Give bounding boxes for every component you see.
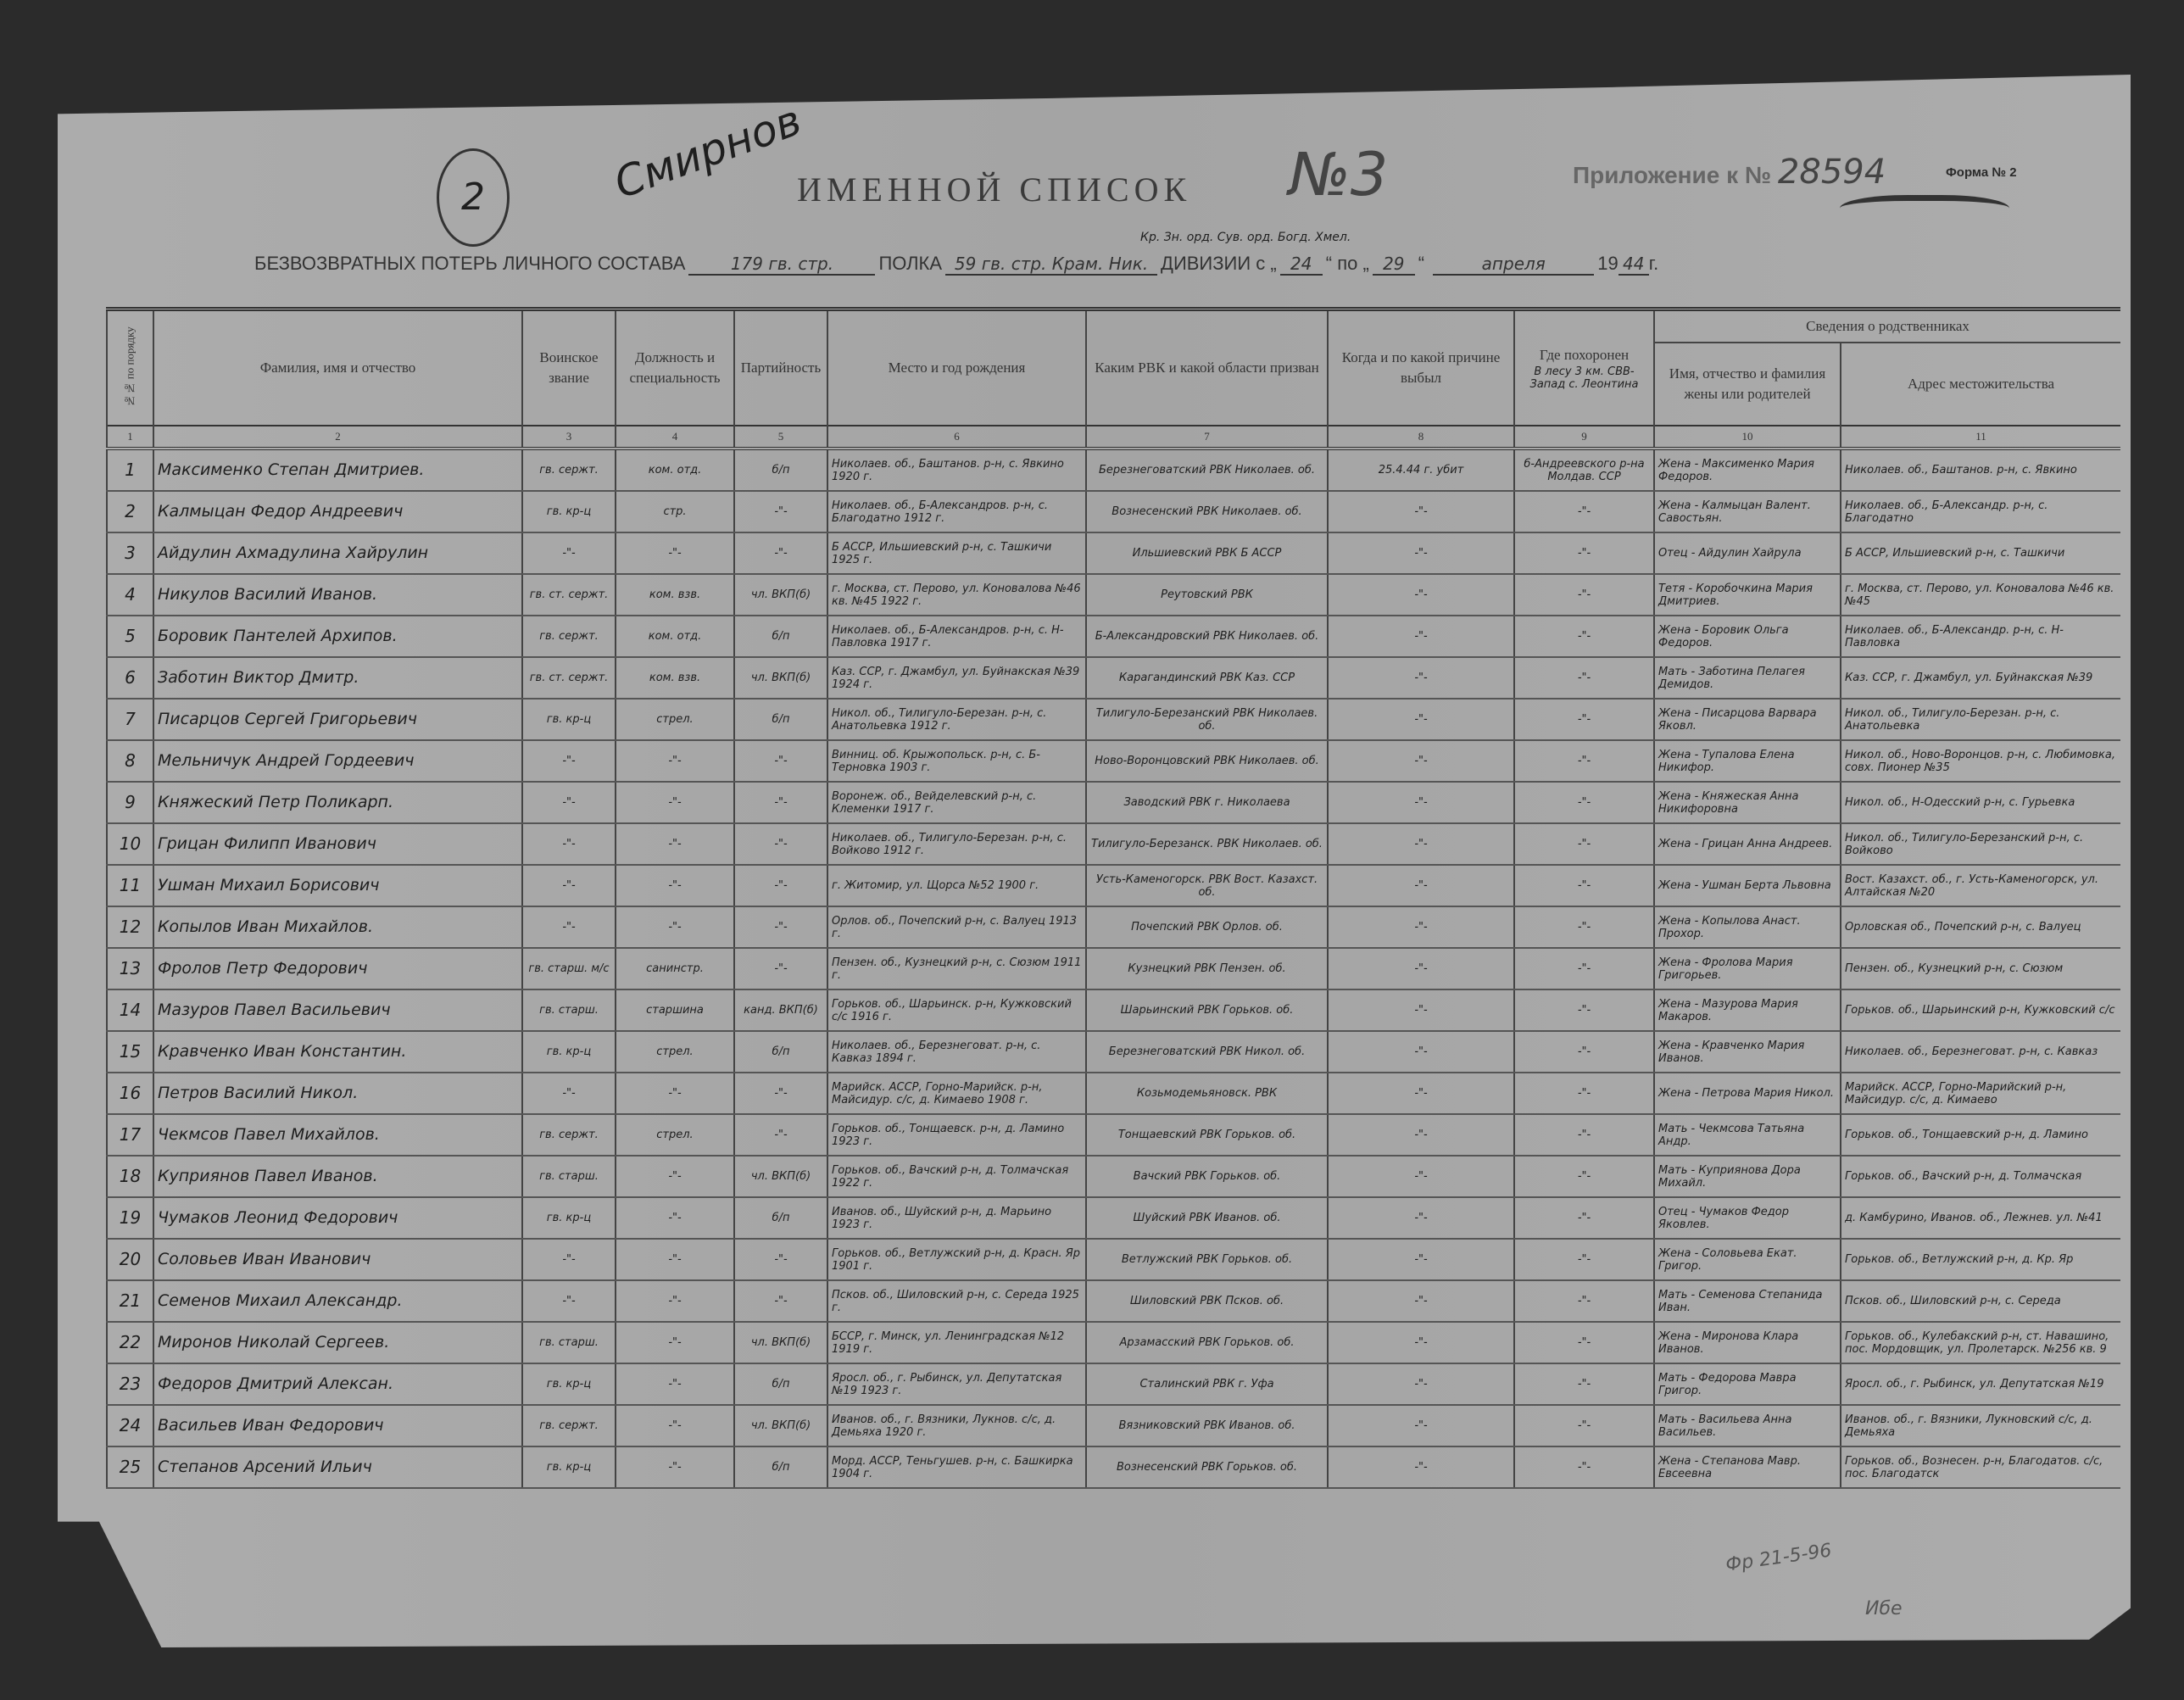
- relative-address: Псков. об., Шиловский р-н, с. Середа: [1841, 1280, 2120, 1322]
- position: -"-: [616, 1197, 734, 1239]
- col-num: 10: [1654, 426, 1841, 449]
- table-row: 8Мельничук Андрей Гордеевич-"--"--"-Винн…: [107, 740, 2120, 782]
- position: -"-: [616, 1156, 734, 1197]
- burial-place: -"-: [1514, 532, 1654, 574]
- burial-place: -"-: [1514, 1197, 1654, 1239]
- col-num: 11: [1841, 426, 2120, 449]
- draft-office: Арзамасский РВК Горьков. об.: [1086, 1322, 1328, 1363]
- soldier-name: Айдулин Ахмадулина Хайрулин: [153, 532, 522, 574]
- relative-address: Горьков. об., Вачский р-н, д. Толмачская: [1841, 1156, 2120, 1197]
- soldier-name: Максименко Степан Дмитриев.: [153, 449, 522, 491]
- table-row: 16Петров Василий Никол.-"--"--"-Марийск.…: [107, 1073, 2120, 1114]
- birthplace-year: Каз. ССР, г. Джамбул, ул. Буйнакская №39…: [827, 657, 1086, 699]
- header-no: №№ по порядку: [107, 309, 153, 426]
- soldier-name: Мазуров Павел Васильевич: [153, 989, 522, 1031]
- draft-office: Березнеговатский РВК Николаев. об.: [1086, 449, 1328, 491]
- col-num: 6: [827, 426, 1086, 449]
- row-number: 17: [107, 1114, 153, 1156]
- birthplace-year: Морд. АССР, Теньгушев. р-н, с. Башкирка …: [827, 1446, 1086, 1488]
- soldier-name: Степанов Арсений Ильич: [153, 1446, 522, 1488]
- row-number: 20: [107, 1239, 153, 1280]
- relative-address: Б АССР, Ильшиевский р-н, с. Ташкичи: [1841, 532, 2120, 574]
- party-status: -"-: [734, 948, 827, 989]
- subtitle: БЕЗВОЗВРАТНЫХ ПОТЕРЬ ЛИЧНОГО СОСТАВА179 …: [254, 253, 1658, 276]
- relative-address: Орловская об., Почепский р-н, с. Валуец: [1841, 906, 2120, 948]
- appendix-label: Приложение к №: [1573, 162, 1771, 188]
- party-status: -"-: [734, 532, 827, 574]
- party-status: -"-: [734, 865, 827, 906]
- col-num: 7: [1086, 426, 1328, 449]
- draft-office: Шуйский РВК Иванов. об.: [1086, 1197, 1328, 1239]
- draft-office: Усть-Каменогорск. РВК Вост. Казахст. об.: [1086, 865, 1328, 906]
- position: -"-: [616, 1322, 734, 1363]
- draft-office: Карагандинский РВК Каз. ССР: [1086, 657, 1328, 699]
- header-relative-name: Имя, отчество и фамилия жены или родител…: [1654, 343, 1841, 426]
- col-num: 2: [153, 426, 522, 449]
- draft-office: Шиловский РВК Псков. об.: [1086, 1280, 1328, 1322]
- birthplace-year: Никол. об., Тилигуло-Березан. р-н, с. Ан…: [827, 699, 1086, 740]
- party-status: б/п: [734, 449, 827, 491]
- party-status: б/п: [734, 1446, 827, 1488]
- position: ком. отд.: [616, 616, 734, 657]
- date-cause: -"-: [1328, 699, 1514, 740]
- row-number: 23: [107, 1363, 153, 1405]
- date-cause: -"-: [1328, 1073, 1514, 1114]
- position: ком. отд.: [616, 449, 734, 491]
- draft-office: Тонщаевский РВК Горьков. об.: [1086, 1114, 1328, 1156]
- birthplace-year: Воронеж. об., Вейделевский р-н, с. Клеме…: [827, 782, 1086, 823]
- soldier-name: Калмыцан Федор Андреевич: [153, 491, 522, 532]
- year-label: г.: [1649, 253, 1658, 274]
- date-cause: -"-: [1328, 989, 1514, 1031]
- birthplace-year: Николаев. об., Тилигуло-Березан. р-н, с.…: [827, 823, 1086, 865]
- burial-place: -"-: [1514, 1280, 1654, 1322]
- burial-place: -"-: [1514, 1239, 1654, 1280]
- page-title: ИМЕННОЙ СПИСОК: [797, 170, 1191, 209]
- relative-address: Вост. Казахст. об., г. Усть-Каменогорск,…: [1841, 865, 2120, 906]
- relative-name: Отец - Айдулин Хайрула: [1654, 532, 1841, 574]
- header-rvk: Каким РВК и какой области призван: [1086, 309, 1328, 426]
- relative-address: Николаев. об., Березнеговат. р-н, с. Кав…: [1841, 1031, 2120, 1073]
- military-rank: гв. кр-ц: [522, 491, 616, 532]
- losses-table: №№ по порядку Фамилия, имя и отчество Во…: [106, 307, 2120, 1489]
- birthplace-year: г. Москва, ст. Перово, ул. Коновалова №4…: [827, 574, 1086, 616]
- relative-address: Горьков. об., Шарьинский р-н, Кужковский…: [1841, 989, 2120, 1031]
- header-party: Партийность: [734, 309, 827, 426]
- draft-office: Козьмодемьяновск. РВК: [1086, 1073, 1328, 1114]
- military-rank: гв. кр-ц: [522, 1363, 616, 1405]
- date-cause: -"-: [1328, 1114, 1514, 1156]
- party-status: б/п: [734, 1363, 827, 1405]
- table-row: 11Ушман Михаил Борисович-"--"--"-г. Жито…: [107, 865, 2120, 906]
- row-number: 19: [107, 1197, 153, 1239]
- header-rank: Воинское звание: [522, 309, 616, 426]
- col-num: 5: [734, 426, 827, 449]
- soldier-name: Соловьев Иван Иванович: [153, 1239, 522, 1280]
- burial-place: -"-: [1514, 657, 1654, 699]
- soldier-name: Кравченко Иван Константин.: [153, 1031, 522, 1073]
- position: стр.: [616, 491, 734, 532]
- relative-name: Жена - Тупалова Елена Никифор.: [1654, 740, 1841, 782]
- relative-name: Жена - Кравченко Мария Иванов.: [1654, 1031, 1841, 1073]
- military-rank: гв. сержт.: [522, 1405, 616, 1446]
- birthplace-year: Винниц. об. Крыжопольск. р-н, с. Б-Терно…: [827, 740, 1086, 782]
- military-rank: -"-: [522, 1073, 616, 1114]
- header-buried-label: Где похоронен: [1518, 345, 1650, 365]
- burial-place: -"-: [1514, 740, 1654, 782]
- burial-place: -"-: [1514, 865, 1654, 906]
- burial-place: -"-: [1514, 1363, 1654, 1405]
- col-num: 4: [616, 426, 734, 449]
- date-from: 24: [1280, 254, 1323, 276]
- table-row: 5Боровик Пантелей Архипов.гв. сержт.ком.…: [107, 616, 2120, 657]
- party-status: б/п: [734, 616, 827, 657]
- relative-address: Никол. об., Н-Одесский р-н, с. Гурьевка: [1841, 782, 2120, 823]
- position: стрел.: [616, 1031, 734, 1073]
- military-rank: гв. кр-ц: [522, 1197, 616, 1239]
- row-number: 25: [107, 1446, 153, 1488]
- relative-name: Мать - Федорова Мавра Григор.: [1654, 1363, 1841, 1405]
- header-relatives: Сведения о родственниках: [1654, 309, 2120, 343]
- row-number: 8: [107, 740, 153, 782]
- position: -"-: [616, 740, 734, 782]
- burial-place: -"-: [1514, 1446, 1654, 1488]
- date-cause: -"-: [1328, 574, 1514, 616]
- draft-office: Ново-Воронцовский РВК Николаев. об.: [1086, 740, 1328, 782]
- row-number: 14: [107, 989, 153, 1031]
- draft-office: Реутовский РВК: [1086, 574, 1328, 616]
- relative-address: Горьков. об., Ветлужский р-н, д. Кр. Яр: [1841, 1239, 2120, 1280]
- draft-office: Ильшиевский РВК Б АССР: [1086, 532, 1328, 574]
- date-cause: -"-: [1328, 532, 1514, 574]
- soldier-name: Куприянов Павел Иванов.: [153, 1156, 522, 1197]
- row-number: 5: [107, 616, 153, 657]
- date-cause: -"-: [1328, 1405, 1514, 1446]
- relative-name: Жена - Калмыцан Валент. Савостьян.: [1654, 491, 1841, 532]
- birthplace-year: Николаев. об., Баштанов. р-н, с. Явкино …: [827, 449, 1086, 491]
- soldier-name: Федоров Дмитрий Алексан.: [153, 1363, 522, 1405]
- party-status: -"-: [734, 906, 827, 948]
- relative-name: Жена - Мазурова Мария Макаров.: [1654, 989, 1841, 1031]
- table-row: 12Копылов Иван Михайлов.-"--"--"-Орлов. …: [107, 906, 2120, 948]
- party-status: чл. ВКП(б): [734, 657, 827, 699]
- relative-name: Мать - Заботина Пелагея Демидов.: [1654, 657, 1841, 699]
- row-number: 18: [107, 1156, 153, 1197]
- relative-name: Жена - Грицан Анна Андреев.: [1654, 823, 1841, 865]
- year-field: 44: [1618, 254, 1649, 276]
- burial-place: -"-: [1514, 1031, 1654, 1073]
- party-status: -"-: [734, 1280, 827, 1322]
- military-rank: гв. старш.: [522, 1156, 616, 1197]
- birthplace-year: Яросл. об., г. Рыбинск, ул. Депутатская …: [827, 1363, 1086, 1405]
- birthplace-year: Иванов. об., Шуйский р-н, д. Марьино 192…: [827, 1197, 1086, 1239]
- row-number: 7: [107, 699, 153, 740]
- row-number: 10: [107, 823, 153, 865]
- draft-office: Ветлужский РВК Горьков. об.: [1086, 1239, 1328, 1280]
- relative-name: Жена - Миронова Клара Иванов.: [1654, 1322, 1841, 1363]
- soldier-name: Боровик Пантелей Архипов.: [153, 616, 522, 657]
- table-row: 15Кравченко Иван Константин.гв. кр-цстре…: [107, 1031, 2120, 1073]
- position: стрел.: [616, 699, 734, 740]
- relative-name: Мать - Чекмсова Татьяна Андр.: [1654, 1114, 1841, 1156]
- position: -"-: [616, 823, 734, 865]
- soldier-name: Никулов Василий Иванов.: [153, 574, 522, 616]
- soldier-name: Грицан Филипп Иванович: [153, 823, 522, 865]
- draft-office: Кузнецкий РВК Пензен. об.: [1086, 948, 1328, 989]
- row-number: 13: [107, 948, 153, 989]
- relative-name: Отец - Чумаков Федор Яковлев.: [1654, 1197, 1841, 1239]
- header-buried: Где похоронен В лесу 3 км. СВВ-Запад с. …: [1514, 309, 1654, 426]
- birthplace-year: Иванов. об., г. Вязники, Лукнов. с/с, д.…: [827, 1405, 1086, 1446]
- table-row: 1Максименко Степан Дмитриев.гв. сержт.ко…: [107, 449, 2120, 491]
- party-status: -"-: [734, 1239, 827, 1280]
- burial-place: -"-: [1514, 1073, 1654, 1114]
- burial-place: -"-: [1514, 1156, 1654, 1197]
- date-cause: -"-: [1328, 1322, 1514, 1363]
- position: -"-: [616, 532, 734, 574]
- draft-office: Заводский РВК г. Николаева: [1086, 782, 1328, 823]
- handwritten-initials: Ибе: [1865, 1598, 1903, 1619]
- draft-office: Вознесенский РВК Горьков. об.: [1086, 1446, 1328, 1488]
- header-name: Фамилия, имя и отчество: [153, 309, 522, 426]
- military-rank: -"-: [522, 740, 616, 782]
- soldier-name: Чекмсов Павел Михайлов.: [153, 1114, 522, 1156]
- row-number: 4: [107, 574, 153, 616]
- table-row: 20Соловьев Иван Иванович-"--"--"-Горьков…: [107, 1239, 2120, 1280]
- row-number: 6: [107, 657, 153, 699]
- date-cause: -"-: [1328, 740, 1514, 782]
- party-status: -"-: [734, 823, 827, 865]
- col-num: 9: [1514, 426, 1654, 449]
- relative-address: Горьков. об., Тонщаевский р-н, д. Ламино: [1841, 1114, 2120, 1156]
- relative-name: Жена - Копылова Анаст. Прохор.: [1654, 906, 1841, 948]
- header-when: Когда и по какой причине выбыл: [1328, 309, 1514, 426]
- table-row: 3Айдулин Ахмадулина Хайрулин-"--"--"-Б А…: [107, 532, 2120, 574]
- col-num: 3: [522, 426, 616, 449]
- birthplace-year: Николаев. об., Березнеговат. р-н, с. Кав…: [827, 1031, 1086, 1073]
- relative-name: Мать - Куприянова Дора Михайл.: [1654, 1156, 1841, 1197]
- relative-name: Мать - Семенова Степанида Иван.: [1654, 1280, 1841, 1322]
- military-rank: гв. ст. сержт.: [522, 657, 616, 699]
- birthplace-year: Псков. об., Шиловский р-н, с. Середа 192…: [827, 1280, 1086, 1322]
- relative-name: Тетя - Коробочкина Мария Дмитриев.: [1654, 574, 1841, 616]
- table-row: 9Княжеский Петр Поликарп.-"--"--"-Вороне…: [107, 782, 2120, 823]
- relative-address: д. Камбурино, Иванов. об., Лежнев. ул. №…: [1841, 1197, 2120, 1239]
- draft-office: Шарьинский РВК Горьков. об.: [1086, 989, 1328, 1031]
- table-row: 22Миронов Николай Сергеев.гв. старш.-"-ч…: [107, 1322, 2120, 1363]
- relative-address: Никол. об., Тилигуло-Березан. р-н, с. Ан…: [1841, 699, 2120, 740]
- row-number: 11: [107, 865, 153, 906]
- relative-name: Жена - Фролова Мария Григорьев.: [1654, 948, 1841, 989]
- appendix-number: 28594: [1778, 153, 1886, 192]
- burial-place: -"-: [1514, 782, 1654, 823]
- party-status: -"-: [734, 1073, 827, 1114]
- military-rank: гв. сержт.: [522, 449, 616, 491]
- party-status: -"-: [734, 740, 827, 782]
- birthplace-year: Б АССР, Ильшиевский р-н, с. Ташкичи 1925…: [827, 532, 1086, 574]
- row-number: 16: [107, 1073, 153, 1114]
- regiment-field: 179 гв. стр.: [688, 254, 875, 276]
- table-row: 7Писарцов Сергей Григорьевичгв. кр-цстре…: [107, 699, 2120, 740]
- draft-office: Почепский РВК Орлов. об.: [1086, 906, 1328, 948]
- date-cause: -"-: [1328, 1446, 1514, 1488]
- draft-office: Березнеговатский РВК Никол. об.: [1086, 1031, 1328, 1073]
- burial-place: -"-: [1514, 1322, 1654, 1363]
- appendix-stamp: Приложение к № 28594: [1573, 153, 1886, 192]
- military-rank: гв. ст. сержт.: [522, 574, 616, 616]
- date-cause: -"-: [1328, 491, 1514, 532]
- soldier-name: Заботин Виктор Дмитр.: [153, 657, 522, 699]
- table-row: 19Чумаков Леонид Федоровичгв. кр-ц-"-б/п…: [107, 1197, 2120, 1239]
- party-status: б/п: [734, 1031, 827, 1073]
- burial-place: -"-: [1514, 823, 1654, 865]
- row-number: 15: [107, 1031, 153, 1073]
- draft-office: Сталинский РВК г. Уфа: [1086, 1363, 1328, 1405]
- pen-scribble: [1840, 195, 2009, 228]
- soldier-name: Копылов Иван Михайлов.: [153, 906, 522, 948]
- row-number: 24: [107, 1405, 153, 1446]
- position: -"-: [616, 1446, 734, 1488]
- relative-address: Никол. об., Тилигуло-Березанский р-н, с.…: [1841, 823, 2120, 865]
- burial-place: -"-: [1514, 616, 1654, 657]
- date-cause: 25.4.44 г. убит: [1328, 449, 1514, 491]
- date-cause: -"-: [1328, 906, 1514, 948]
- soldier-name: Чумаков Леонид Федорович: [153, 1197, 522, 1239]
- birthplace-year: Горьков. об., Вачский р-н, д. Толмачская…: [827, 1156, 1086, 1197]
- date-to: 29: [1373, 254, 1415, 276]
- burial-place: -"-: [1514, 699, 1654, 740]
- table-row: 13Фролов Петр Федоровичгв. старш. м/ссан…: [107, 948, 2120, 989]
- burial-place: -"-: [1514, 906, 1654, 948]
- table-row: 24Васильев Иван Федоровичгв. сержт.-"-чл…: [107, 1405, 2120, 1446]
- division-label: ДИВИЗИИ с: [1161, 253, 1265, 274]
- party-status: чл. ВКП(б): [734, 1156, 827, 1197]
- relative-address: Николаев. об., Б-Александр. р-н, с. Благ…: [1841, 491, 2120, 532]
- col-num: 8: [1328, 426, 1514, 449]
- list-number: №3: [1289, 140, 1388, 209]
- date-cause: -"-: [1328, 1239, 1514, 1280]
- row-number: 9: [107, 782, 153, 823]
- table-row: 4Никулов Василий Иванов.гв. ст. сержт.ко…: [107, 574, 2120, 616]
- relative-name: Жена - Боровик Ольга Федоров.: [1654, 616, 1841, 657]
- relative-address: Марийск. АССР, Горно-Марийский р-н, Майс…: [1841, 1073, 2120, 1114]
- burial-place: -"-: [1514, 1114, 1654, 1156]
- position: старшина: [616, 989, 734, 1031]
- military-rank: гв. старш.: [522, 989, 616, 1031]
- military-rank: гв. сержт.: [522, 1114, 616, 1156]
- relative-name: Мать - Васильева Анна Васильев.: [1654, 1405, 1841, 1446]
- row-number: 12: [107, 906, 153, 948]
- soldier-name: Писарцов Сергей Григорьевич: [153, 699, 522, 740]
- birthplace-year: Николаев. об., Б-Александров. р-н, с. Бл…: [827, 491, 1086, 532]
- table-row: 6Заботин Виктор Дмитр.гв. ст. сержт.ком.…: [107, 657, 2120, 699]
- header-position: Должность и специальность: [616, 309, 734, 426]
- date-cause: -"-: [1328, 1280, 1514, 1322]
- header-birth: Место и год рождения: [827, 309, 1086, 426]
- military-rank: -"-: [522, 1280, 616, 1322]
- military-rank: гв. сержт.: [522, 616, 616, 657]
- relative-address: Яросл. об., г. Рыбинск, ул. Депутатская …: [1841, 1363, 2120, 1405]
- circled-number: 2: [437, 148, 510, 247]
- military-rank: гв. кр-ц: [522, 1446, 616, 1488]
- birthplace-year: г. Житомир, ул. Щорса №52 1900 г.: [827, 865, 1086, 906]
- relative-address: Иванов. об., г. Вязники, Лукновский с/с,…: [1841, 1405, 2120, 1446]
- relative-address: Горьков. об., Вознесен. р-н, Благодатов.…: [1841, 1446, 2120, 1488]
- subtitle-prefix: БЕЗВОЗВРАТНЫХ ПОТЕРЬ ЛИЧНОГО СОСТАВА: [254, 253, 685, 274]
- party-status: -"-: [734, 782, 827, 823]
- military-rank: -"-: [522, 532, 616, 574]
- relative-address: Николаев. об., Б-Александр. р-н, с. Н-Па…: [1841, 616, 2120, 657]
- date-cause: -"-: [1328, 948, 1514, 989]
- military-rank: -"-: [522, 823, 616, 865]
- military-rank: -"-: [522, 782, 616, 823]
- soldier-name: Миронов Николай Сергеев.: [153, 1322, 522, 1363]
- position: стрел.: [616, 1114, 734, 1156]
- date-cause: -"-: [1328, 657, 1514, 699]
- position: -"-: [616, 1239, 734, 1280]
- position: санинстр.: [616, 948, 734, 989]
- date-cause: -"-: [1328, 865, 1514, 906]
- draft-office: Б-Александровский РВК Николаев. об.: [1086, 616, 1328, 657]
- relative-address: г. Москва, ст. Перово, ул. Коновалова №4…: [1841, 574, 2120, 616]
- relative-address: Пензен. об., Кузнецкий р-н, с. Сюзюм: [1841, 948, 2120, 989]
- buried-annotation: В лесу 3 км. СВВ-Запад с. Леонтина: [1518, 365, 1650, 391]
- position: ком. взв.: [616, 574, 734, 616]
- col-num: 1: [107, 426, 153, 449]
- party-status: чл. ВКП(б): [734, 1405, 827, 1446]
- soldier-name: Мельничук Андрей Гордеевич: [153, 740, 522, 782]
- form-label: Форма № 2: [1946, 165, 2017, 180]
- military-rank: гв. старш.: [522, 1322, 616, 1363]
- table-row: 18Куприянов Павел Иванов.гв. старш.-"-чл…: [107, 1156, 2120, 1197]
- birthplace-year: Орлов. об., Почепский р-н, с. Валуец 191…: [827, 906, 1086, 948]
- relative-name: Жена - Максименко Мария Федоров.: [1654, 449, 1841, 491]
- party-status: чл. ВКП(б): [734, 574, 827, 616]
- regiment-label: ПОЛКА: [878, 253, 942, 274]
- table-row: 2Калмыцан Федор Андреевичгв. кр-цстр.-"-…: [107, 491, 2120, 532]
- military-rank: гв. кр-ц: [522, 1031, 616, 1073]
- relative-name: Жена - Княжеская Анна Никифоровна: [1654, 782, 1841, 823]
- soldier-name: Васильев Иван Федорович: [153, 1405, 522, 1446]
- table-row: 25Степанов Арсений Ильичгв. кр-ц-"-б/пМо…: [107, 1446, 2120, 1488]
- position: -"-: [616, 1280, 734, 1322]
- to-label: по: [1337, 253, 1357, 274]
- draft-office: Вачский РВК Горьков. об.: [1086, 1156, 1328, 1197]
- soldier-name: Петров Василий Никол.: [153, 1073, 522, 1114]
- division-annotation: Кр. Зн. орд. Сув. орд. Богд. Хмел.: [1140, 231, 1351, 244]
- position: -"-: [616, 782, 734, 823]
- relative-name: Жена - Петрова Мария Никол.: [1654, 1073, 1841, 1114]
- burial-place: -"-: [1514, 574, 1654, 616]
- military-rank: -"-: [522, 865, 616, 906]
- header-address: Адрес местожительства: [1841, 343, 2120, 426]
- party-status: б/п: [734, 1197, 827, 1239]
- row-number: 3: [107, 532, 153, 574]
- date-cause: -"-: [1328, 1363, 1514, 1405]
- relative-address: Горьков. об., Кулебакский р-н, ст. Наваш…: [1841, 1322, 2120, 1363]
- draft-office: Тилигуло-Березанск. РВК Николаев. об.: [1086, 823, 1328, 865]
- date-cause: -"-: [1328, 1156, 1514, 1197]
- birthplace-year: Горьков. об., Ветлужский р-н, д. Красн. …: [827, 1239, 1086, 1280]
- table-row: 10Грицан Филипп Иванович-"--"--"-Николае…: [107, 823, 2120, 865]
- position: ком. взв.: [616, 657, 734, 699]
- party-status: -"-: [734, 491, 827, 532]
- burial-place: -"-: [1514, 491, 1654, 532]
- position: -"-: [616, 1363, 734, 1405]
- military-rank: гв. старш. м/с: [522, 948, 616, 989]
- relative-address: Никол. об., Ново-Воронцов. р-н, с. Любим…: [1841, 740, 2120, 782]
- party-status: -"-: [734, 1114, 827, 1156]
